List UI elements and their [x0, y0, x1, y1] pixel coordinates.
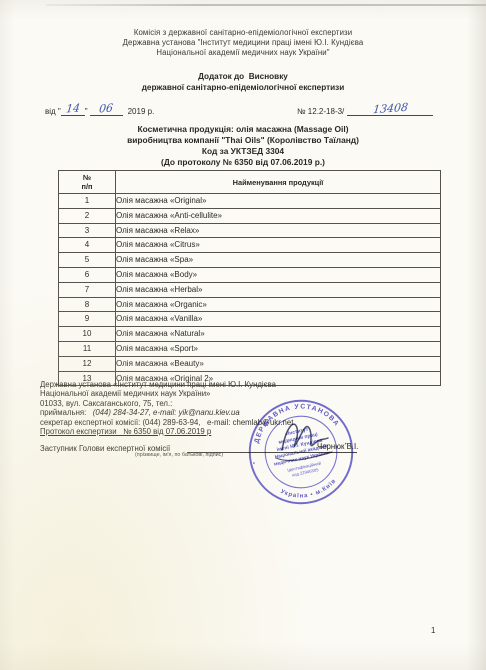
table-row: 1 Олія масажна «Original» — [59, 194, 441, 209]
page-number: 1 — [431, 626, 435, 635]
date-month-blank: 06 — [90, 104, 123, 116]
product-description: Косметична продукція: олія масажна (Mass… — [0, 124, 486, 168]
stamp-left-separator-dot: • — [253, 461, 256, 467]
scan-edge-artifact — [46, 4, 486, 6]
doc-number-label: № 12.2-18-3/ — [297, 107, 344, 116]
row-number-cell: 7 — [59, 282, 116, 297]
date-from-label: від " — [45, 107, 61, 116]
row-product-name-cell: Олія масажна «Vanilla» — [116, 312, 441, 327]
row-number-cell: 6 — [59, 267, 116, 282]
row-product-name-cell: Олія масажна «Spa» — [116, 253, 441, 268]
scanned-document-page: Комісія з державної санітарно-епідеміоло… — [0, 0, 486, 670]
row-product-name-cell: Олія масажна «Relax» — [116, 223, 441, 238]
table-row: 9 Олія масажна «Vanilla» — [59, 312, 441, 327]
row-number-cell: 8 — [59, 297, 116, 312]
table-row: 7 Олія масажна «Herbal» — [59, 282, 441, 297]
row-product-name-cell: Олія масажна «Original» — [116, 194, 441, 209]
row-number-cell: 1 — [59, 194, 116, 209]
date-year-label: 2019 р. — [128, 107, 155, 116]
issuer-org-line-1: Державна установа «Інститут медицини пра… — [40, 380, 440, 389]
product-line-1: Косметична продукція: олія масажна (Mass… — [0, 124, 486, 135]
doc-number-blank: 13408 — [347, 104, 433, 116]
handwritten-doc-number: 13408 — [372, 103, 408, 116]
column-header-number: № п/п — [59, 171, 116, 194]
number-header-line2: п/п — [59, 182, 115, 191]
table-row: 5 Олія масажна «Spa» — [59, 253, 441, 268]
title-line-2: державної санітарно-епідеміологічної екс… — [0, 82, 486, 93]
row-number-cell: 9 — [59, 312, 116, 327]
table-row: 8 Олія масажна «Organic» — [59, 297, 441, 312]
row-product-name-cell: Олія масажна «Citrus» — [116, 238, 441, 253]
document-header: Комісія з державної санітарно-епідеміоло… — [0, 28, 486, 58]
row-number-cell: 3 — [59, 223, 116, 238]
date-quote-close: " — [85, 107, 88, 116]
row-product-name-cell: Олія масажна «Anti-cellulite» — [116, 208, 441, 223]
date-field: від "14"062019 р. — [45, 104, 154, 116]
table-row: 4 Олія масажна «Citrus» — [59, 238, 441, 253]
signature-caption: (прізвище, ім'я, по батькові, підпис) — [135, 452, 223, 458]
row-product-name-cell: Олія масажна «Sport» — [116, 341, 441, 356]
row-number-cell: 11 — [59, 341, 116, 356]
product-line-2: виробництва компанії "Thai Oils" (Королі… — [0, 135, 486, 146]
product-line-3: Код за УКТЗЕД 3304 — [0, 146, 486, 157]
issuer-org-line-2: Національної академії медичних наук Укра… — [40, 389, 440, 398]
row-product-name-cell: Олія масажна «Body» — [116, 267, 441, 282]
table-row: 12 Олія масажна «Beauty» — [59, 356, 441, 371]
reception-label: приймальня: — [40, 408, 93, 417]
date-day-blank: 14 — [61, 104, 85, 116]
header-line-academy: Національної академії медичних наук Укра… — [0, 48, 486, 58]
number-header-line1: № — [59, 173, 115, 182]
handwritten-day: 14 — [65, 103, 80, 114]
header-line-institution: Державна установа "Інститут медицини пра… — [0, 38, 486, 48]
stamp-right-separator-dot: • — [344, 441, 347, 447]
row-number-cell: 4 — [59, 238, 116, 253]
product-line-4: (До протоколу № 6350 від 07.06.2019 р.) — [0, 157, 486, 168]
column-header-product-name: Найменування продукції — [116, 171, 441, 194]
row-product-name-cell: Олія масажна «Natural» — [116, 327, 441, 342]
table-row: 10 Олія масажна «Natural» — [59, 327, 441, 342]
row-number-cell: 12 — [59, 356, 116, 371]
document-title: Додаток до Висновку державної санітарно-… — [0, 71, 486, 93]
product-table-body: 1 Олія масажна «Original» 2 Олія масажна… — [59, 194, 441, 386]
reception-phone-email: (044) 284-34-27, e-mail: yik@nanu.kiev.u… — [93, 408, 240, 417]
document-number-field: № 12.2-18-3/13408 — [297, 104, 433, 116]
table-row: 3 Олія масажна «Relax» — [59, 223, 441, 238]
header-line-commission: Комісія з державної санітарно-епідеміоло… — [0, 28, 486, 38]
row-number-cell: 5 — [59, 253, 116, 268]
handwritten-signature-ink — [268, 406, 338, 466]
row-product-name-cell: Олія масажна «Herbal» — [116, 282, 441, 297]
table-row: 6 Олія масажна «Body» — [59, 267, 441, 282]
row-product-name-cell: Олія масажна «Organic» — [116, 297, 441, 312]
product-table: № п/п Найменування продукції 1 Олія маса… — [58, 170, 441, 386]
row-product-name-cell: Олія масажна «Beauty» — [116, 356, 441, 371]
product-table-header-row: № п/п Найменування продукції — [59, 171, 441, 194]
row-number-cell: 2 — [59, 208, 116, 223]
table-row: 11 Олія масажна «Sport» — [59, 341, 441, 356]
title-line-1: Додаток до Висновку — [0, 71, 486, 82]
date-and-number-row: від "14"062019 р. № 12.2-18-3/13408 — [0, 101, 486, 119]
handwritten-month: 06 — [99, 103, 114, 114]
row-number-cell: 10 — [59, 327, 116, 342]
table-row: 2 Олія масажна «Anti-cellulite» — [59, 208, 441, 223]
